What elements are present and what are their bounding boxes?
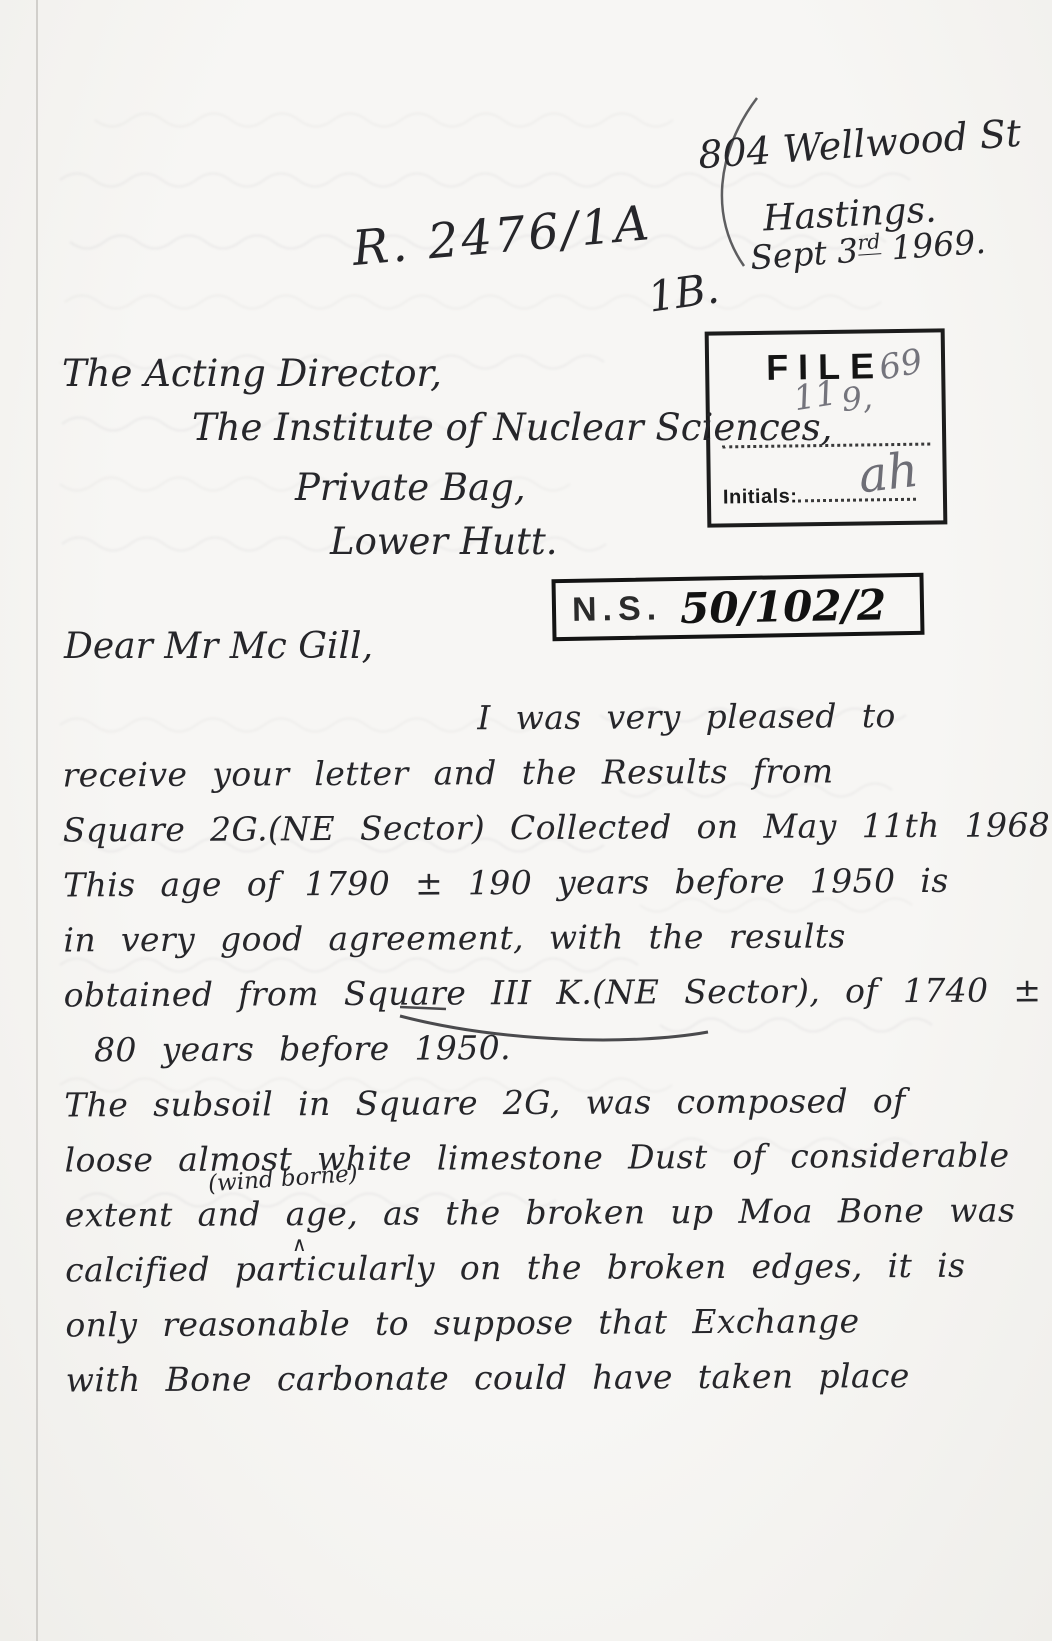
- handwritten-line: 80 years before 1950.: [64, 1018, 1004, 1078]
- handwritten-line: I was very pleased to: [62, 688, 1002, 748]
- date-prefix: Sept 3: [749, 231, 859, 277]
- recipient-line-1: The Acting Director,: [62, 352, 442, 395]
- handwritten-line: extent and age, as the broken up Moa Bon…: [65, 1183, 1005, 1243]
- file-stamp-date-year: 69: [876, 341, 926, 388]
- handwritten-line: only reasonable to suppose that Exchange: [65, 1293, 1005, 1353]
- recipient-line-2: The Institute of Nuclear Sciences,: [192, 406, 832, 449]
- recipient-line-3: Private Bag,: [295, 466, 526, 509]
- salutation: Dear Mr Mc Gill,: [64, 626, 373, 667]
- letter-body: I was very pleased toreceive your letter…: [62, 688, 1006, 1408]
- handwritten-line: calcified particularly on the broken edg…: [65, 1238, 1005, 1298]
- handwritten-line: obtained from Square III K.(NE Sector), …: [64, 963, 1004, 1023]
- handwritten-line: Square 2G.(NE Sector) Collected on May 1…: [63, 798, 1003, 858]
- handwritten-line: in very good agreement, with the results: [63, 908, 1003, 968]
- handwritten-line: The subsoil in Square 2G, was composed o…: [64, 1073, 1004, 1133]
- initials-label: Initials:: [723, 485, 798, 508]
- recipient-line-4: Lower Hutt.: [330, 520, 557, 563]
- file-stamp-date-month: 9,: [839, 378, 874, 419]
- handwritten-line: loose almost white limestone Dust of con…: [64, 1128, 1004, 1188]
- handwritten-line: receive your letter and the Results from: [62, 743, 1002, 803]
- ns-stamp-prefix: N.S.: [572, 589, 663, 630]
- date-year: 1969.: [879, 222, 986, 268]
- handwritten-line: This age of 1790 ± 190 years before 1950…: [63, 853, 1003, 913]
- letter-page: R. 2476/1A 1B. 804 Wellwood St Hastings.…: [0, 0, 1052, 1641]
- date-ordinal: rd: [857, 229, 882, 256]
- insertion-caret: ∧: [292, 1232, 307, 1256]
- handwritten-line: with Bone carbonate could have taken pla…: [66, 1348, 1006, 1408]
- ns-reference-stamp: N.S. 50/102/2: [551, 573, 924, 641]
- ns-stamp-number: 50/102/2: [680, 580, 887, 633]
- file-stamp-initials-handwritten: ah: [856, 442, 922, 505]
- reference-number-suffix: 1B.: [645, 263, 722, 321]
